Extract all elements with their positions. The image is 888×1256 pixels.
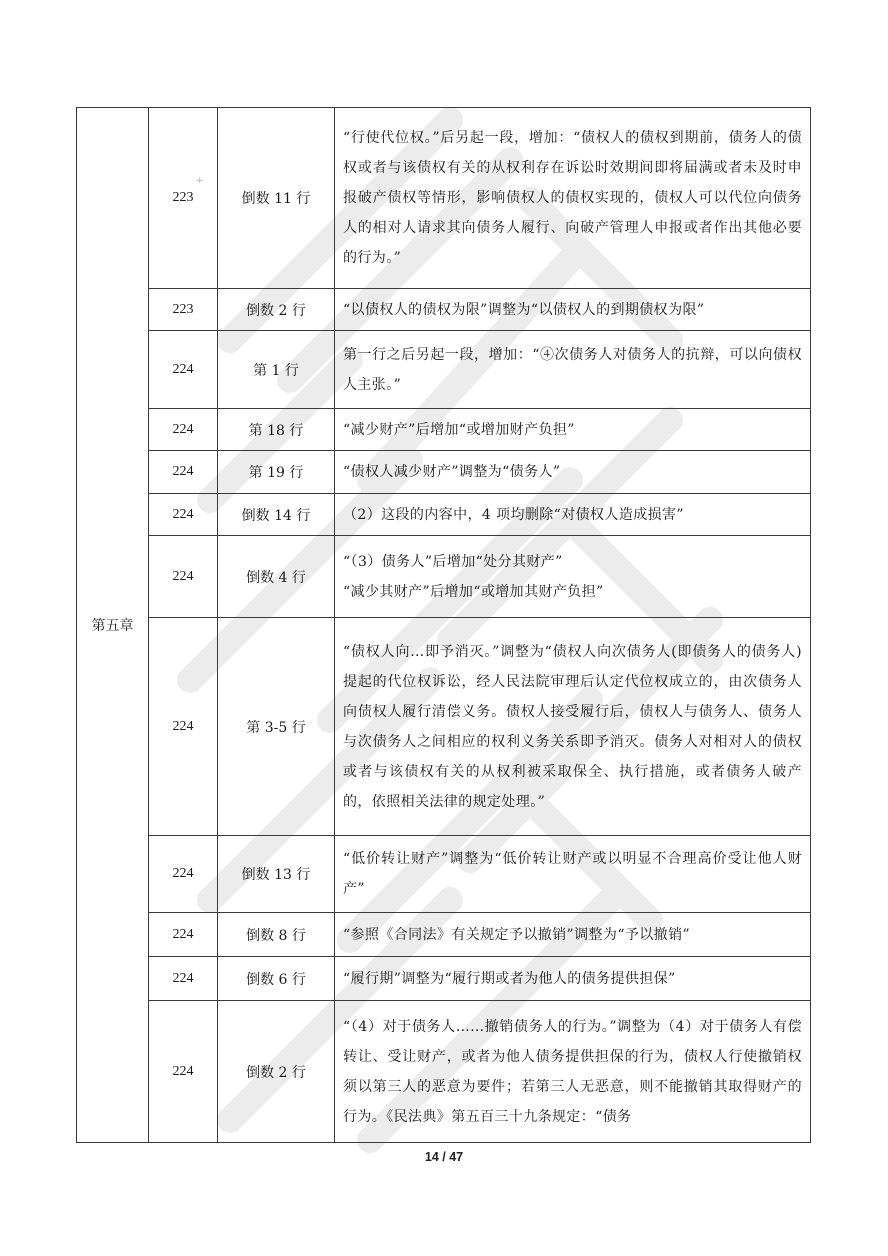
line-number-cell: 倒数 13 行 bbox=[218, 836, 335, 913]
correction-text: “债权人向…即予消灭。”调整为“债权人向次债务人(即债务人的债务人)提起的代位权… bbox=[343, 637, 802, 817]
errata-table: 第五章223倒数 11 行“行使代位权。”后另起一段，增加：“债权人的债权到期前… bbox=[76, 107, 811, 1143]
correction-text: “减少财产”后增加“或增加财产负担” bbox=[343, 415, 802, 445]
table-row: 223倒数 2 行“以债权人的债权为限”调整为“以债权人的到期债权为限” bbox=[77, 289, 811, 331]
correction-content-cell: “债权人向…即予消灭。”调整为“债权人向次债务人(即债务人的债务人)提起的代位权… bbox=[335, 618, 811, 836]
correction-content-cell: “减少财产”后增加“或增加财产负担” bbox=[335, 409, 811, 451]
line-number-cell: 第 18 行 bbox=[218, 409, 335, 451]
correction-content-cell: “参照《合同法》有关规定予以撤销”调整为“予以撤销” bbox=[335, 913, 811, 957]
page-number-cell: 224 bbox=[149, 409, 218, 451]
table-row: 224第 19 行“债权人减少财产”调整为“债务人” bbox=[77, 451, 811, 494]
page-number-cell: 224 bbox=[149, 618, 218, 836]
correction-text: （2）这段的内容中，4 项均删除“对债权人造成损害” bbox=[343, 500, 802, 530]
correction-text: “债权人减少财产”调整为“债务人” bbox=[343, 457, 802, 487]
correction-text: “减少其财产”后增加“或增加其财产负担” bbox=[343, 577, 802, 607]
line-number-cell: 第 19 行 bbox=[218, 451, 335, 494]
page-number-cell: 224 bbox=[149, 331, 218, 409]
correction-content-cell: “以债权人的债权为限”调整为“以债权人的到期债权为限” bbox=[335, 289, 811, 331]
correction-text: “（3）债务人”后增加“处分其财产” bbox=[343, 547, 802, 577]
page-indicator: 14 / 47 bbox=[0, 1150, 888, 1164]
correction-content-cell: “行使代位权。”后另起一段，增加：“债权人的债权到期前，债务人的债权或者与该债权… bbox=[335, 108, 811, 289]
chapter-cell: 第五章 bbox=[77, 108, 149, 1143]
page-number-cell: 224 bbox=[149, 536, 218, 618]
page-number-cell: 224 bbox=[149, 913, 218, 957]
correction-text: “以债权人的债权为限”调整为“以债权人的到期债权为限” bbox=[343, 295, 802, 325]
page-number-cell: 224 bbox=[149, 494, 218, 536]
document-page: + 第五章223倒数 11 行“行使代位权。”后另起一段，增加：“债权人的债权到… bbox=[0, 0, 888, 1256]
correction-content-cell: “（4）对于债务人……撤销债务人的行为。”调整为（4）对于债务人有偿转让、受让财… bbox=[335, 1001, 811, 1143]
line-number-cell: 倒数 4 行 bbox=[218, 536, 335, 618]
table-row: 224倒数 4 行“（3）债务人”后增加“处分其财产”“减少其财产”后增加“或增… bbox=[77, 536, 811, 618]
table-row: 224倒数 2 行“（4）对于债务人……撤销债务人的行为。”调整为（4）对于债务… bbox=[77, 1001, 811, 1143]
page-number-cell: 224 bbox=[149, 1001, 218, 1143]
table-row: 224第 1 行第一行之后另起一段，增加：“④次债务人对债务人的抗辩，可以向债权… bbox=[77, 331, 811, 409]
line-number-cell: 倒数 8 行 bbox=[218, 913, 335, 957]
page-number-cell: 224 bbox=[149, 957, 218, 1001]
table-row: 224倒数 14 行（2）这段的内容中，4 项均删除“对债权人造成损害” bbox=[77, 494, 811, 536]
correction-content-cell: “履行期”调整为“履行期或者为他人的债务提供担保” bbox=[335, 957, 811, 1001]
line-number-cell: 第 3-5 行 bbox=[218, 618, 335, 836]
correction-text: 第一行之后另起一段，增加：“④次债务人对债务人的抗辩，可以向债权人主张。” bbox=[343, 340, 802, 400]
page-number-cell: 223 bbox=[149, 289, 218, 331]
correction-text: “履行期”调整为“履行期或者为他人的债务提供担保” bbox=[343, 964, 802, 994]
correction-text: “行使代位权。”后另起一段，增加：“债权人的债权到期前，债务人的债权或者与该债权… bbox=[343, 123, 802, 273]
correction-text: “参照《合同法》有关规定予以撤销”调整为“予以撤销” bbox=[343, 920, 802, 950]
line-number-cell: 倒数 14 行 bbox=[218, 494, 335, 536]
table-row: 224倒数 8 行“参照《合同法》有关规定予以撤销”调整为“予以撤销” bbox=[77, 913, 811, 957]
line-number-cell: 倒数 11 行 bbox=[218, 108, 335, 289]
page-number-cell: 224 bbox=[149, 451, 218, 494]
line-number-cell: 倒数 2 行 bbox=[218, 1001, 335, 1143]
page-number-cell: 224 bbox=[149, 836, 218, 913]
table-row: 224倒数 6 行“履行期”调整为“履行期或者为他人的债务提供担保” bbox=[77, 957, 811, 1001]
table-row: 第五章223倒数 11 行“行使代位权。”后另起一段，增加：“债权人的债权到期前… bbox=[77, 108, 811, 289]
correction-content-cell: “债权人减少财产”调整为“债务人” bbox=[335, 451, 811, 494]
line-number-cell: 第 1 行 bbox=[218, 331, 335, 409]
page-number-cell: 223 bbox=[149, 108, 218, 289]
chapter-label: 第五章 bbox=[92, 618, 134, 634]
correction-content-cell: 第一行之后另起一段，增加：“④次债务人对债务人的抗辩，可以向债权人主张。” bbox=[335, 331, 811, 409]
correction-content-cell: “（3）债务人”后增加“处分其财产”“减少其财产”后增加“或增加其财产负担” bbox=[335, 536, 811, 618]
table-row: 224第 3-5 行“债权人向…即予消灭。”调整为“债权人向次债务人(即债务人的… bbox=[77, 618, 811, 836]
table-row: 224第 18 行“减少财产”后增加“或增加财产负担” bbox=[77, 409, 811, 451]
line-number-cell: 倒数 2 行 bbox=[218, 289, 335, 331]
correction-text: “低价转让财产”调整为“低价转让财产或以明显不合理高价受让他人财产” bbox=[343, 844, 802, 904]
line-number-cell: 倒数 6 行 bbox=[218, 957, 335, 1001]
correction-content-cell: “低价转让财产”调整为“低价转让财产或以明显不合理高价受让他人财产” bbox=[335, 836, 811, 913]
table-row: 224倒数 13 行“低价转让财产”调整为“低价转让财产或以明显不合理高价受让他… bbox=[77, 836, 811, 913]
correction-text: “（4）对于债务人……撤销债务人的行为。”调整为（4）对于债务人有偿转让、受让财… bbox=[343, 1012, 802, 1132]
correction-content-cell: （2）这段的内容中，4 项均删除“对债权人造成损害” bbox=[335, 494, 811, 536]
